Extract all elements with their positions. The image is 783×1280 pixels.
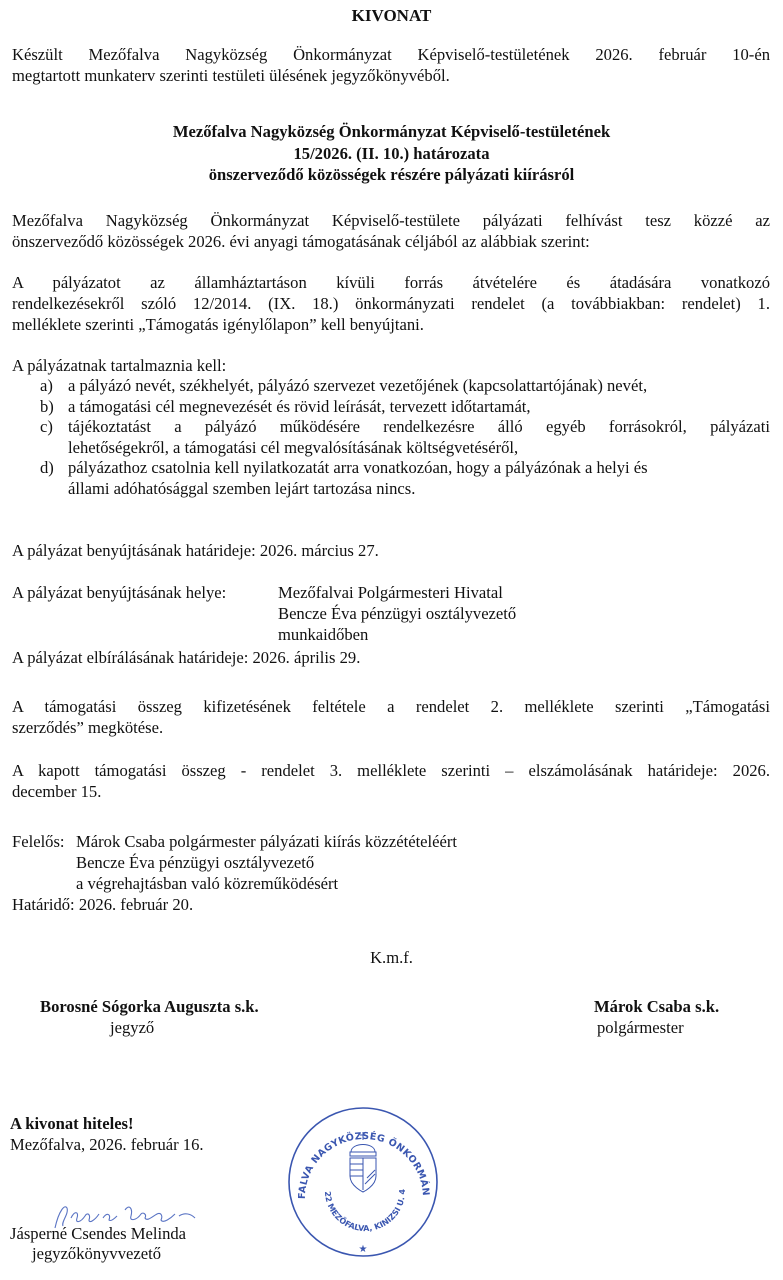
text-line: A pályázat elbírálásának határideje: 202… <box>12 647 770 668</box>
signatory-mayor: Márok Csaba s.k. polgármester <box>594 996 719 1038</box>
contents-intro: A pályázatnak tartalmaznia kell: <box>12 355 770 376</box>
settlement-paragraph: A kapott támogatási összeg - rendelet 3.… <box>12 760 770 802</box>
intro-line: Készült Mezőfalva Nagyközség Önkormányza… <box>12 44 770 65</box>
signatory-name: Márok Csaba s.k. <box>594 996 719 1017</box>
text-line: lehetőségekről, a támogatási cél megvaló… <box>68 438 770 459</box>
text-line: munkaidőben <box>278 624 516 645</box>
list-item: c) tájékoztatást a pályázó működésére re… <box>40 417 770 458</box>
signatory-name: Borosné Sógorka Auguszta s.k. <box>40 996 259 1017</box>
text-line: A kapott támogatási összeg - rendelet 3.… <box>12 760 770 781</box>
official-stamp: MEZŐFALVA NAGYKÖZSÉG ÖNKORMÁNYZATA 2422 … <box>283 1086 441 1268</box>
text-line: A támogatási összeg kifizetésének feltét… <box>12 696 770 717</box>
list-item: a) a pályázó nevét, székhelyét, pályázó … <box>40 376 770 397</box>
svg-text:MEZŐFALVA NAGYKÖZSÉG ÖNKORMÁNY: MEZŐFALVA NAGYKÖZSÉG ÖNKORMÁNYZATA <box>283 1086 431 1199</box>
text-line: a támogatási cél megnevezését és rövid l… <box>68 397 770 418</box>
submission-deadline: A pályázat benyújtásának határideje: 202… <box>12 540 770 561</box>
submission-place-label: A pályázat benyújtásának helye: <box>12 582 226 603</box>
list-marker: c) <box>40 417 53 438</box>
text-line: Bencze Éva pénzügyi osztályvezető <box>76 852 457 873</box>
call-paragraph: Mezőfalva Nagyközség Önkormányzat Képvis… <box>12 210 770 252</box>
deadline: Határidő: 2026. február 20. <box>12 894 193 915</box>
submission-form-paragraph: A pályázatot az államháztartáson kívüli … <box>12 272 770 335</box>
certification-heading: A kivonat hiteles! <box>10 1113 204 1134</box>
text-line: Mezőfalva Nagyközség Önkormányzat Képvis… <box>12 210 770 231</box>
text-line: állami adóhatósággal szemben lejárt tart… <box>68 479 770 500</box>
list-item: b) a támogatási cél megnevezését és rövi… <box>40 397 770 418</box>
text-line: A pályázat benyújtásának határideje: 202… <box>12 540 770 561</box>
submission-place: Mezőfalvai Polgármesteri Hivatal Bencze … <box>278 582 516 645</box>
star-icon: ★ <box>359 1244 368 1255</box>
responsible-list: Márok Csaba polgármester pályázati kiírá… <box>76 831 457 894</box>
text-line: Mezőfalvai Polgármesteri Hivatal <box>278 582 516 603</box>
signatory-notary: Borosné Sógorka Auguszta s.k. jegyző <box>40 996 259 1038</box>
kmf: K.m.f. <box>0 948 783 968</box>
resolution-subject: önszerveződő közösségek részére pályázat… <box>0 164 783 186</box>
certification: A kivonat hiteles! Mezőfalva, 2026. febr… <box>10 1113 204 1155</box>
document-title: KIVONAT <box>0 6 783 26</box>
text-line: szerződés” megkötése. <box>12 717 770 738</box>
signatory-role: jegyző <box>40 1017 259 1038</box>
text-line: a végrehajtásban való közreműködésért <box>76 873 457 894</box>
resolution-heading-line: Mezőfalva Nagyközség Önkormányzat Képvis… <box>0 121 783 143</box>
resolution-number: 15/2026. (II. 10.) határozata <box>0 143 783 165</box>
list-item: d) pályázathoz csatolnia kell nyilatkoza… <box>40 458 770 499</box>
list-marker: a) <box>40 376 53 397</box>
contents-list: a) a pályázó nevét, székhelyét, pályázó … <box>40 376 770 499</box>
text-line: önszerveződő közösségek 2026. évi anyagi… <box>12 231 770 252</box>
intro-paragraph: Készült Mezőfalva Nagyközség Önkormányza… <box>12 44 770 86</box>
stamp-inner-text: 2422 MEZŐFALVA, KINIZSI U. 44. <box>283 1086 407 1233</box>
intro-line: megtartott munkaterv szerinti testületi … <box>12 65 770 86</box>
signatory-role: polgármester <box>594 1017 719 1038</box>
text-line: tájékoztatást a pályázó működésére rende… <box>68 417 770 438</box>
payment-paragraph: A támogatási összeg kifizetésének feltét… <box>12 696 770 738</box>
resolution-heading: Mezőfalva Nagyközség Önkormányzat Képvis… <box>0 121 783 186</box>
list-marker: b) <box>40 397 54 418</box>
text-line: Bencze Éva pénzügyi osztályvezető <box>278 603 516 624</box>
certifier: Jásperné Csendes Melinda jegyzőkönyvveze… <box>10 1224 186 1264</box>
responsible-label: Felelős: <box>12 831 65 852</box>
list-marker: d) <box>40 458 54 479</box>
stamp-outer-text: MEZŐFALVA NAGYKÖZSÉG ÖNKORMÁNYZATA <box>283 1086 431 1199</box>
text-line: A pályázatnak tartalmaznia kell: <box>12 355 770 376</box>
certifier-name: Jásperné Csendes Melinda <box>10 1224 186 1244</box>
evaluation-deadline: A pályázat elbírálásának határideje: 202… <box>12 647 770 668</box>
certification-place-date: Mezőfalva, 2026. február 16. <box>10 1134 204 1155</box>
text-line: A pályázatot az államháztartáson kívüli … <box>12 272 770 293</box>
certifier-role: jegyzőkönyvvezető <box>10 1244 186 1264</box>
text-line: melléklete szerinti „Támogatás igénylőla… <box>12 314 770 335</box>
text-line: Márok Csaba polgármester pályázati kiírá… <box>76 831 457 852</box>
text-line: rendelkezésekről szóló 12/2014. (IX. 18.… <box>12 293 770 314</box>
text-line: a pályázó nevét, székhelyét, pályázó sze… <box>68 376 770 397</box>
text-line: pályázathoz csatolnia kell nyilatkozatát… <box>68 458 770 479</box>
svg-text:2422 MEZŐFALVA, KINIZSI U. 44.: 2422 MEZŐFALVA, KINIZSI U. 44. <box>283 1086 407 1233</box>
text-line: december 15. <box>12 781 770 802</box>
